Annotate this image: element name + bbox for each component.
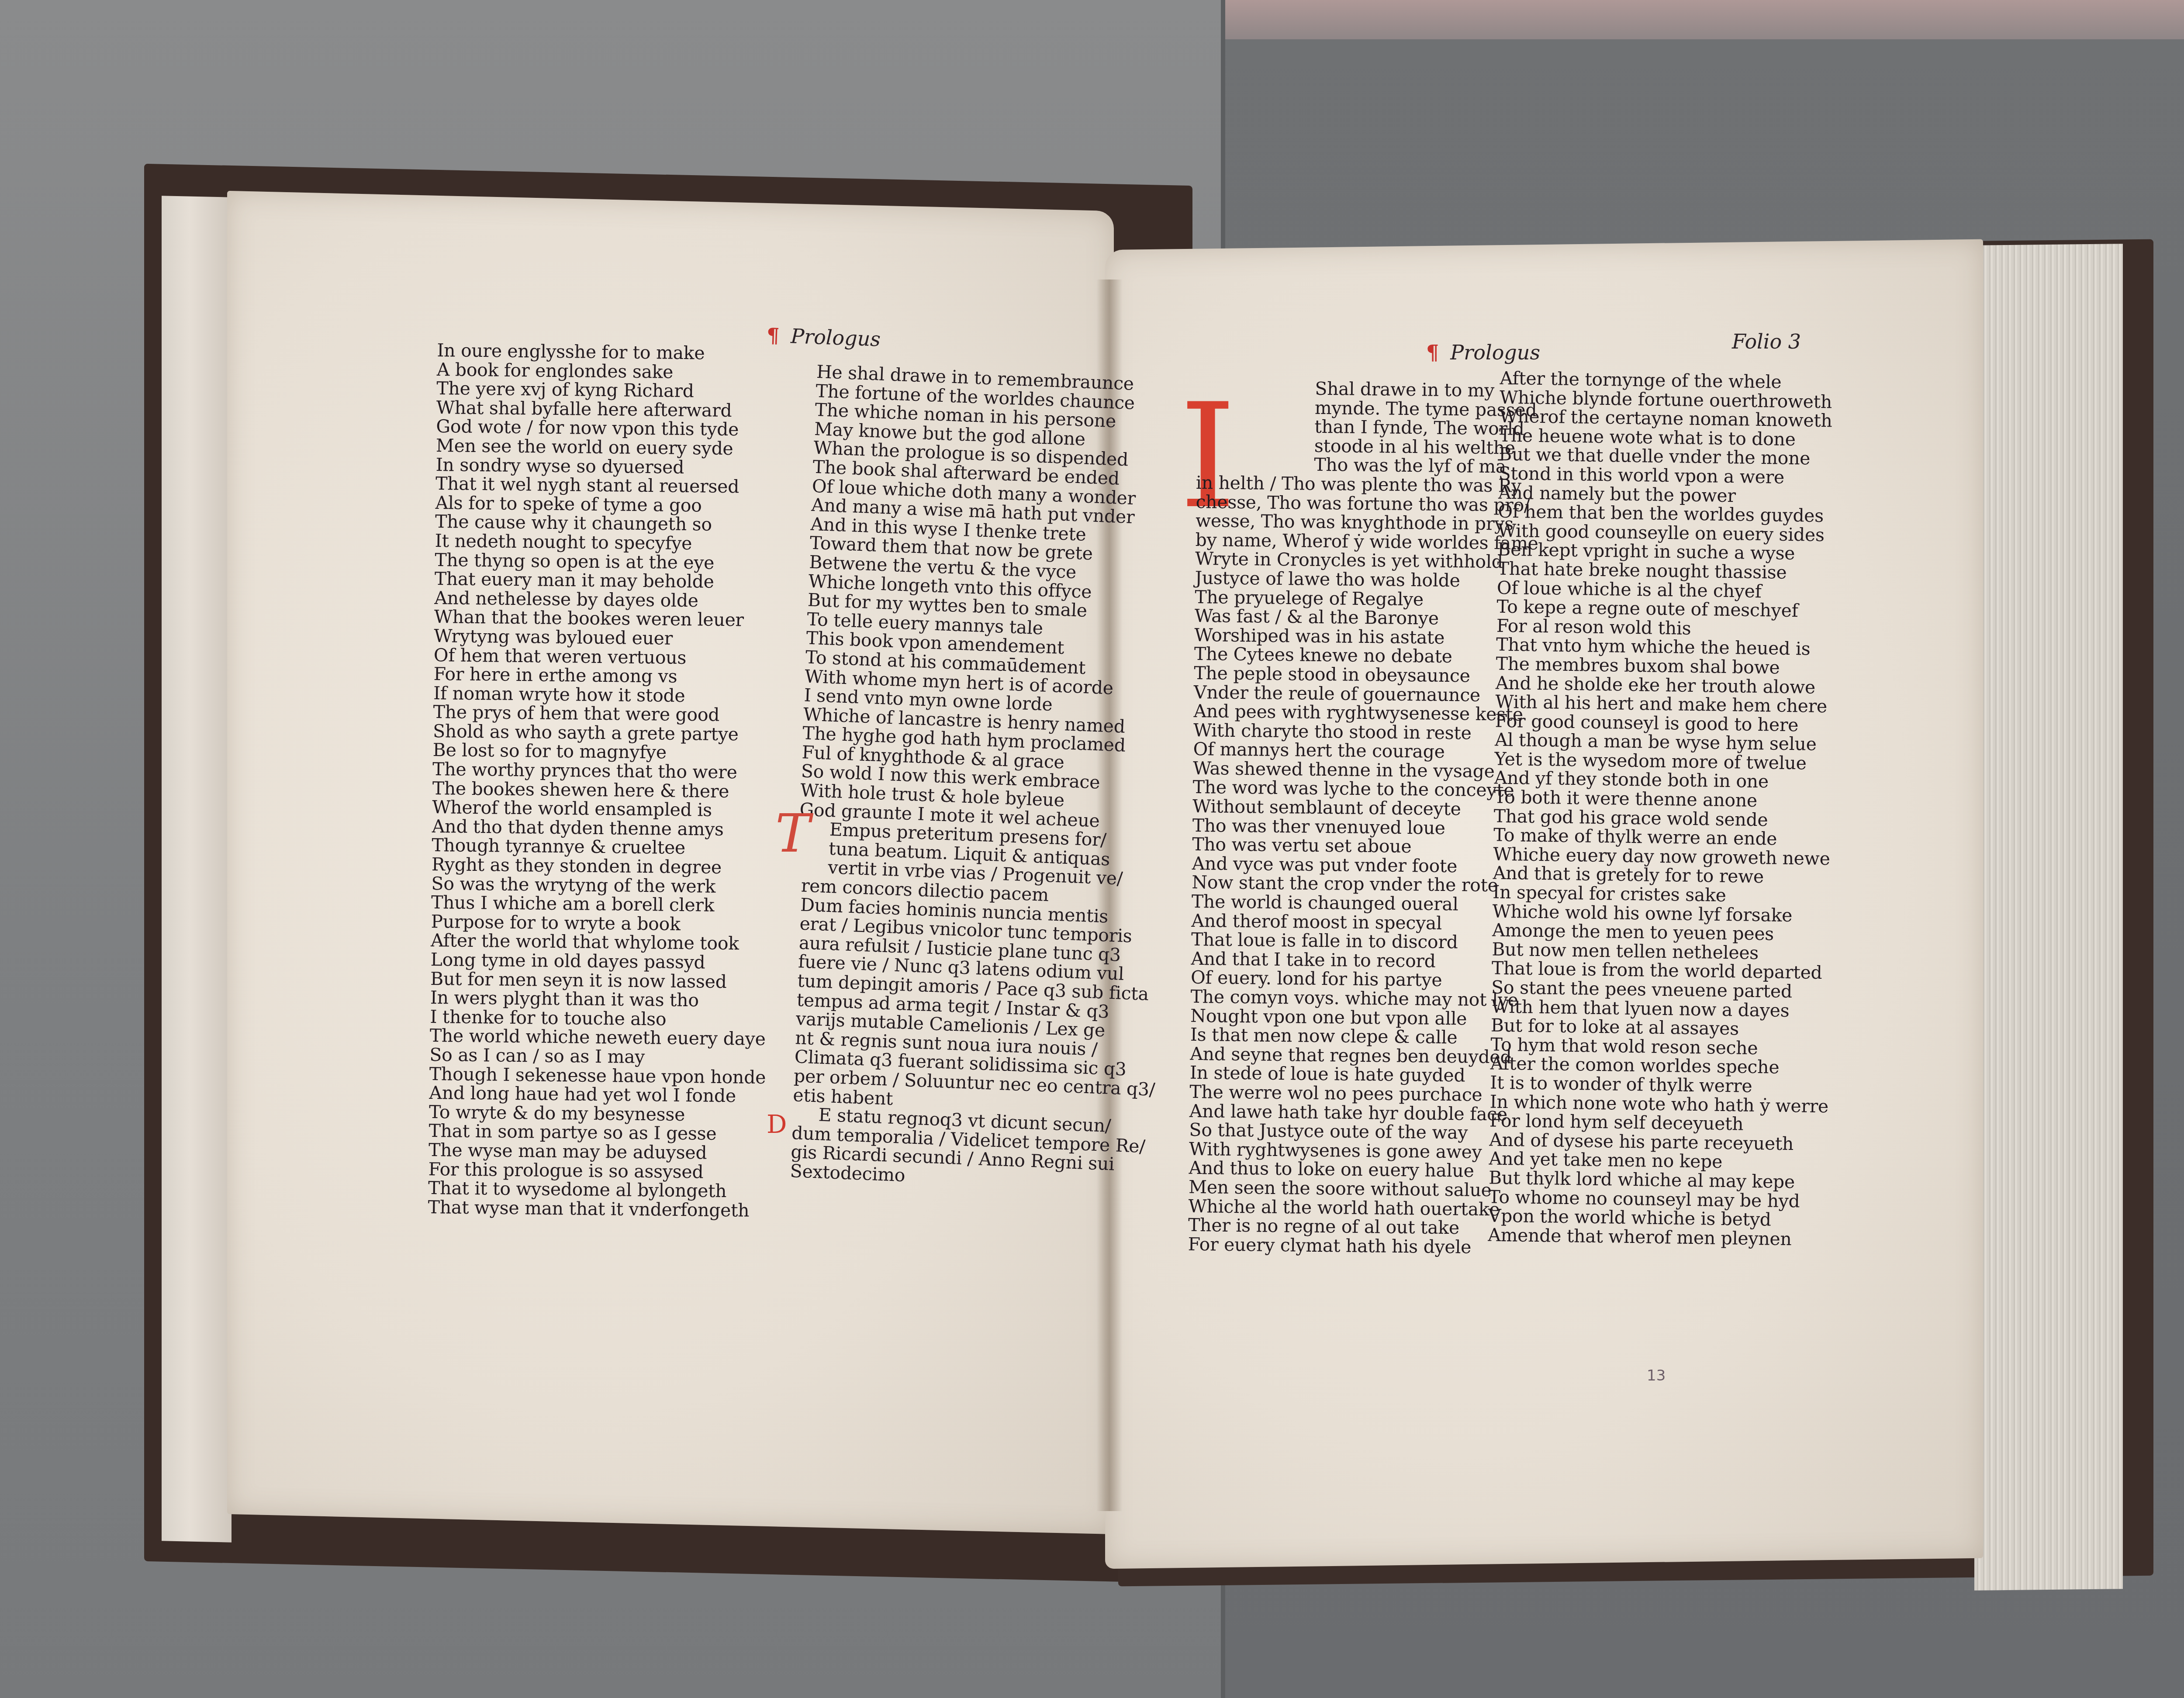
right-page-column-1: Shal drawe in to mymynde. The tyme passe… — [1188, 378, 1540, 1257]
latin-verse-block: Empus preteritum presens for/tuna beatum… — [788, 819, 1165, 1118]
pilcrow-icon: ¶ — [766, 323, 780, 347]
pencil-annotation: 13 — [1647, 1367, 1666, 1384]
english-verse-block: He shal drawe in to remembraunceThe fort… — [799, 362, 1182, 833]
red-initial-D: D — [767, 1111, 787, 1137]
left-page-column-1: In oure englysshe for to makeA book for … — [428, 341, 774, 1220]
left-page-column-2: He shal drawe in to remembraunceThe fort… — [785, 362, 1182, 1194]
red-initial-T: T — [775, 808, 810, 860]
verse-block: in helth / Tho was plente tho was Ryches… — [1188, 473, 1539, 1257]
text-line: That wyse man that it vnderfongeth — [428, 1198, 765, 1221]
folio-number: Folio 3 — [1732, 330, 1801, 353]
right-page-header: ¶Prologus — [1426, 341, 1540, 364]
latin-rubric-block: E statu regnoq3 vt dicunt secun/dum temp… — [785, 1104, 1154, 1194]
text-line: For euery clymat hath his dyele — [1188, 1235, 1531, 1258]
lines-beside-initial: Shal drawe in to mymynde. The tyme passe… — [1196, 378, 1540, 477]
running-title: Prologus — [790, 324, 881, 351]
page-edges-right — [1974, 244, 2123, 1591]
text-line: Amende that wherof men pleynen — [1488, 1225, 1827, 1249]
background-top-strip — [1223, 0, 2184, 39]
right-page-column-2: After the tornynge of the wheleWhiche bl… — [1488, 369, 1838, 1249]
page-edges-left — [162, 196, 232, 1542]
pilcrow-icon: ¶ — [1426, 341, 1439, 364]
running-title: Prologus — [1450, 341, 1540, 364]
left-page-header: ¶Prologus — [766, 323, 881, 351]
